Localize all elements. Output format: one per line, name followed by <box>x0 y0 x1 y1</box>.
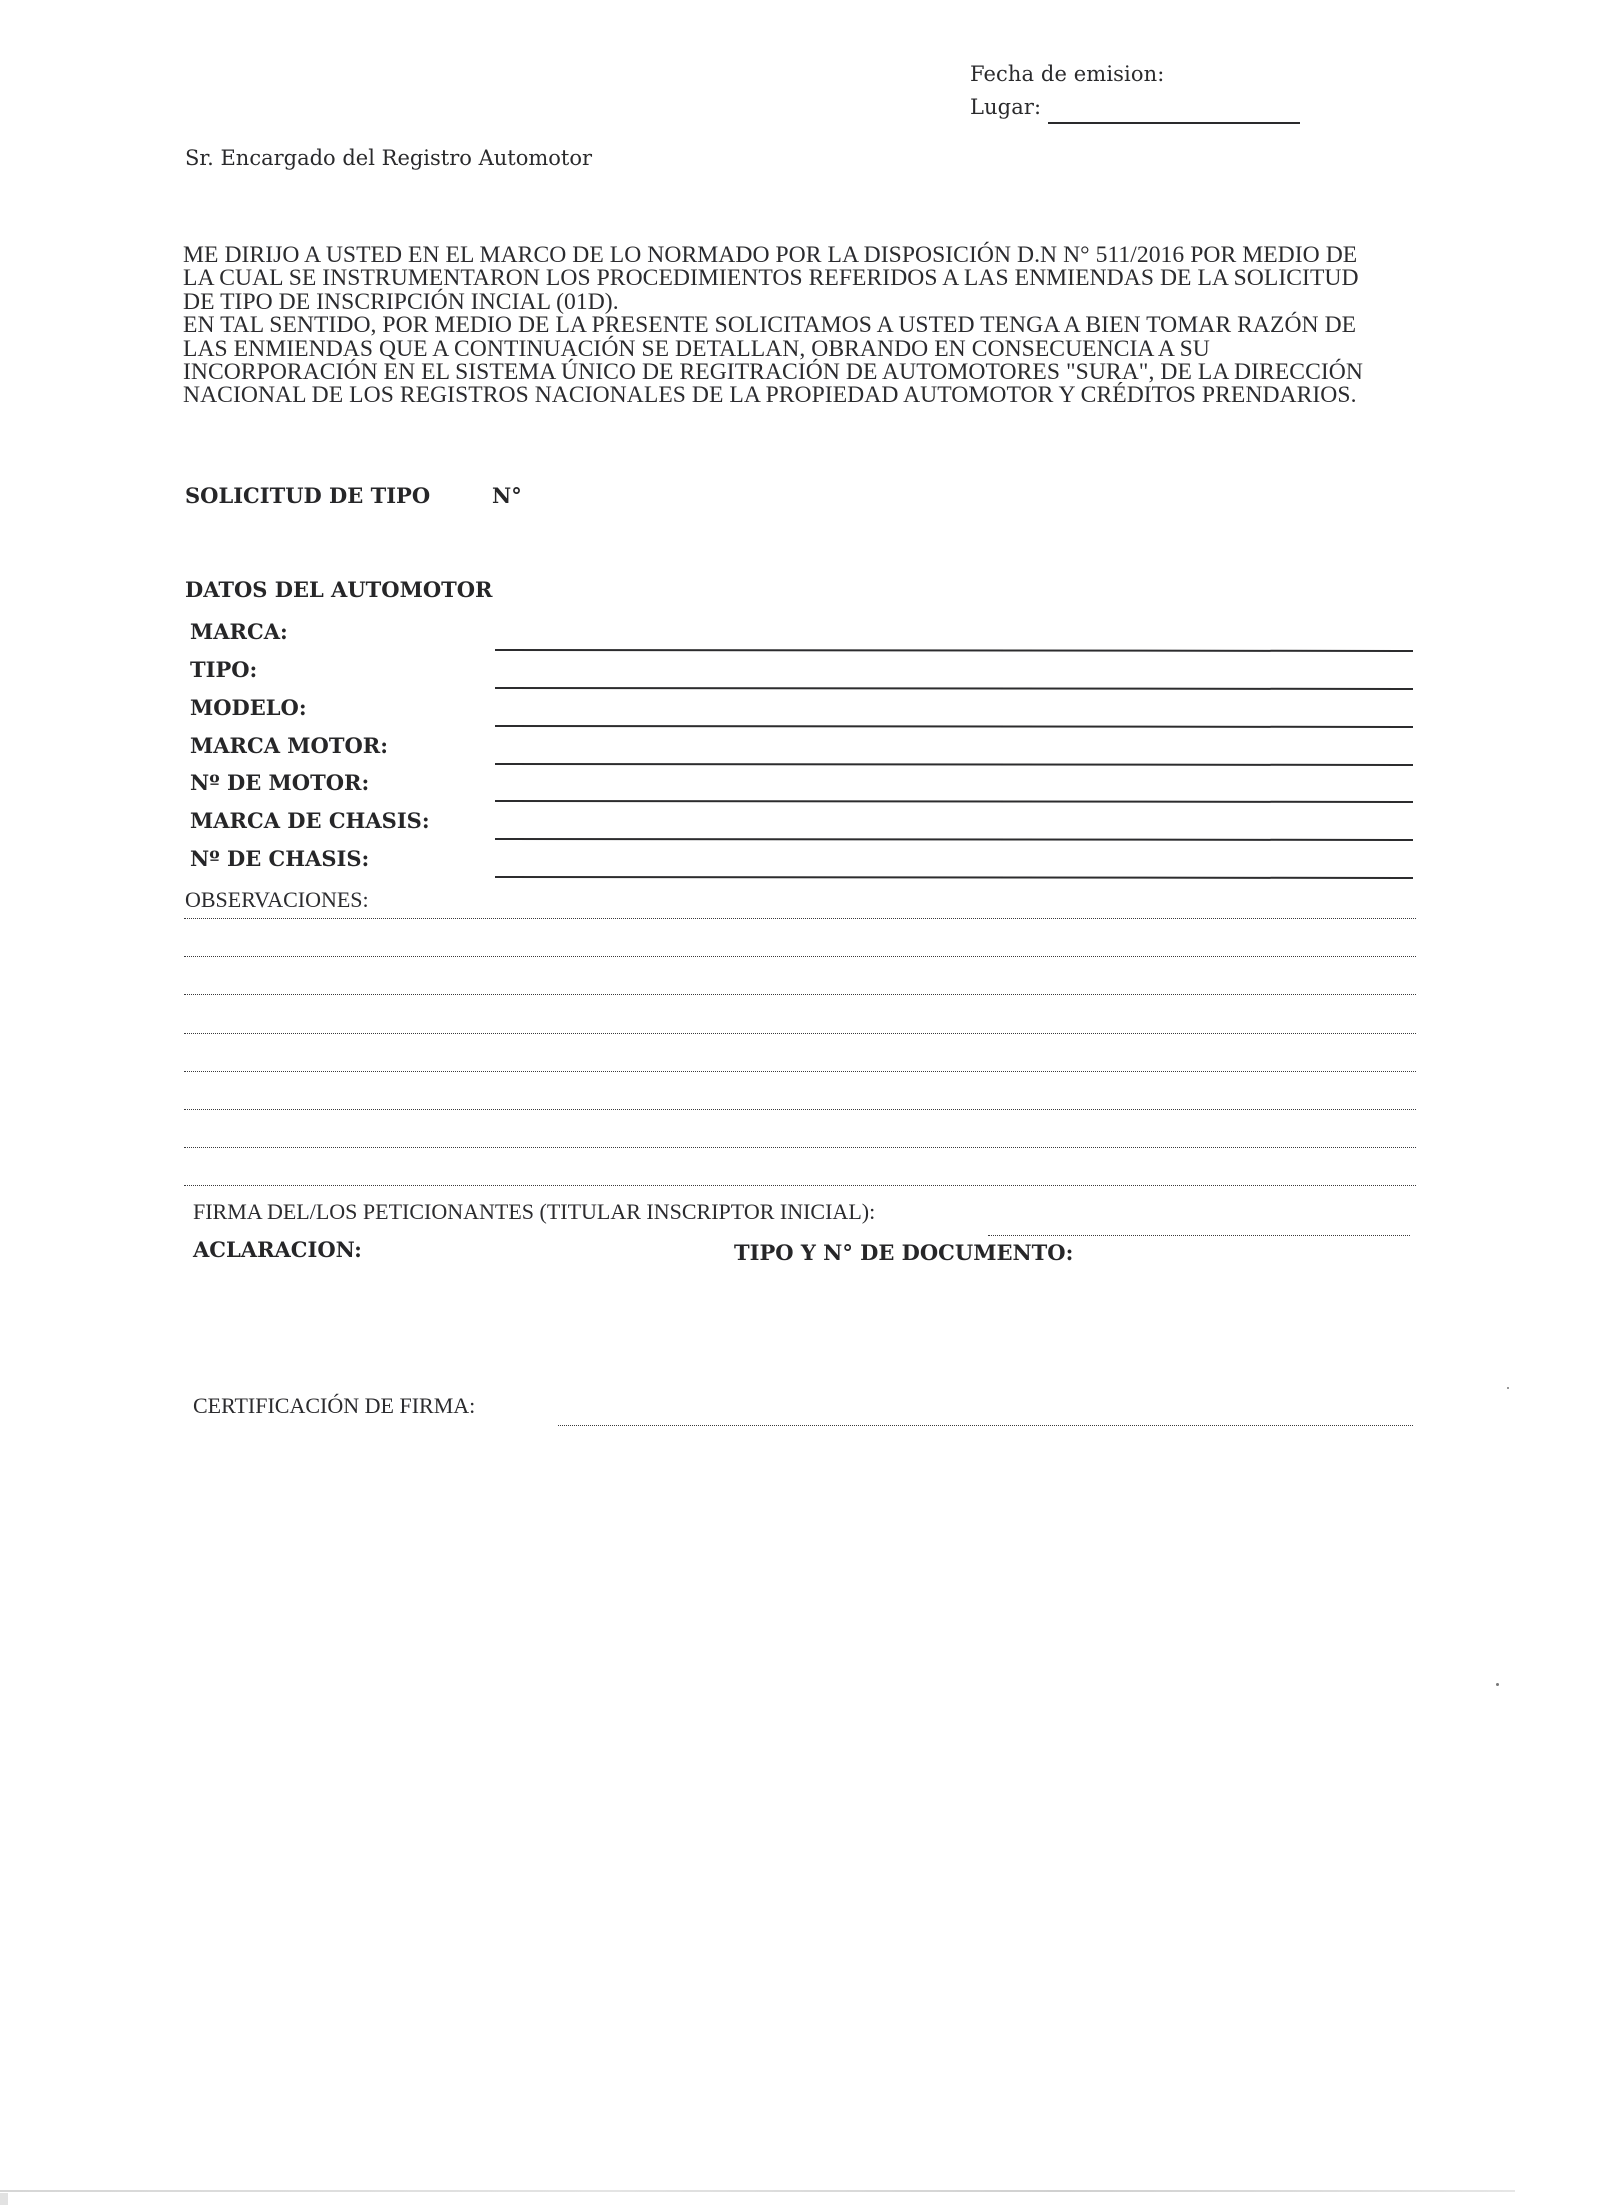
observation-line[interactable] <box>184 1185 1416 1186</box>
body-line: EN TAL SENTIDO, POR MEDIO DE LA PRESENTE… <box>183 314 1428 337</box>
body-line: INCORPORACIÓN EN EL SISTEMA ÚNICO DE REG… <box>183 361 1428 384</box>
field-input-numero-chasis[interactable] <box>495 876 1413 879</box>
addressee: Sr. Encargado del Registro Automotor <box>185 146 592 170</box>
scan-edge <box>0 2190 1515 2192</box>
scan-speck <box>1496 1683 1499 1686</box>
body-line: LAS ENMIENDAS QUE A CONTINUACIÓN SE DETA… <box>183 338 1428 361</box>
fecha-emision-label: Fecha de emision: <box>970 62 1164 86</box>
lugar-input-line[interactable] <box>1048 122 1300 124</box>
solicitud-number-label: N° <box>492 483 522 508</box>
observation-line[interactable] <box>184 956 1416 957</box>
body-line: DE TIPO DE INSCRIPCIÓN INCIAL (01D). <box>183 291 1428 314</box>
field-label-marca-motor: MARCA MOTOR: <box>190 733 388 758</box>
request-body: ME DIRIJO A USTED EN EL MARCO DE LO NORM… <box>183 244 1428 408</box>
field-input-tipo[interactable] <box>495 687 1413 690</box>
observation-line[interactable] <box>184 994 1416 995</box>
field-input-marca-motor[interactable] <box>495 763 1413 766</box>
field-input-marca-chasis[interactable] <box>495 838 1413 841</box>
field-label-tipo: TIPO: <box>190 657 257 682</box>
scan-corner <box>0 2193 8 2205</box>
field-input-modelo[interactable] <box>495 725 1413 728</box>
observation-line[interactable] <box>184 918 1416 919</box>
solicitud-tipo-label: SOLICITUD DE TIPO <box>185 483 430 508</box>
body-line: LA CUAL SE INSTRUMENTARON LOS PROCEDIMIE… <box>183 267 1428 290</box>
field-label-modelo: MODELO: <box>190 695 307 720</box>
scan-speck <box>1507 1387 1509 1389</box>
field-input-numero-motor[interactable] <box>495 800 1413 803</box>
body-line: NACIONAL DE LOS REGISTROS NACIONALES DE … <box>183 384 1428 407</box>
body-line: ME DIRIJO A USTED EN EL MARCO DE LO NORM… <box>183 244 1428 267</box>
solicitud-number-field[interactable] <box>530 483 730 509</box>
documento-label: TIPO Y N° DE DOCUMENTO: <box>734 1240 1073 1265</box>
aclaracion-label: ACLARACION: <box>193 1237 362 1262</box>
lugar-label: Lugar: <box>970 95 1041 119</box>
observations-label: OBSERVACIONES: <box>185 887 369 913</box>
observation-line[interactable] <box>184 1109 1416 1110</box>
field-input-marca[interactable] <box>495 649 1413 652</box>
field-label-marca-chasis: MARCA DE CHASIS: <box>190 808 430 833</box>
observation-line[interactable] <box>184 1033 1416 1034</box>
observation-line[interactable] <box>184 1147 1416 1148</box>
firma-signature-line[interactable] <box>988 1235 1410 1236</box>
certificacion-signature-line[interactable] <box>558 1425 1413 1426</box>
certificacion-label: CERTIFICACIÓN DE FIRMA: <box>193 1393 475 1419</box>
vehicle-section-heading: DATOS DEL AUTOMOTOR <box>185 577 492 602</box>
field-label-numero-chasis: Nº DE CHASIS: <box>190 846 369 871</box>
field-label-numero-motor: Nº DE MOTOR: <box>190 770 369 795</box>
observation-line[interactable] <box>184 1071 1416 1072</box>
firma-label: FIRMA DEL/LOS PETICIONANTES (TITULAR INS… <box>193 1199 875 1225</box>
field-label-marca: MARCA: <box>190 619 288 644</box>
